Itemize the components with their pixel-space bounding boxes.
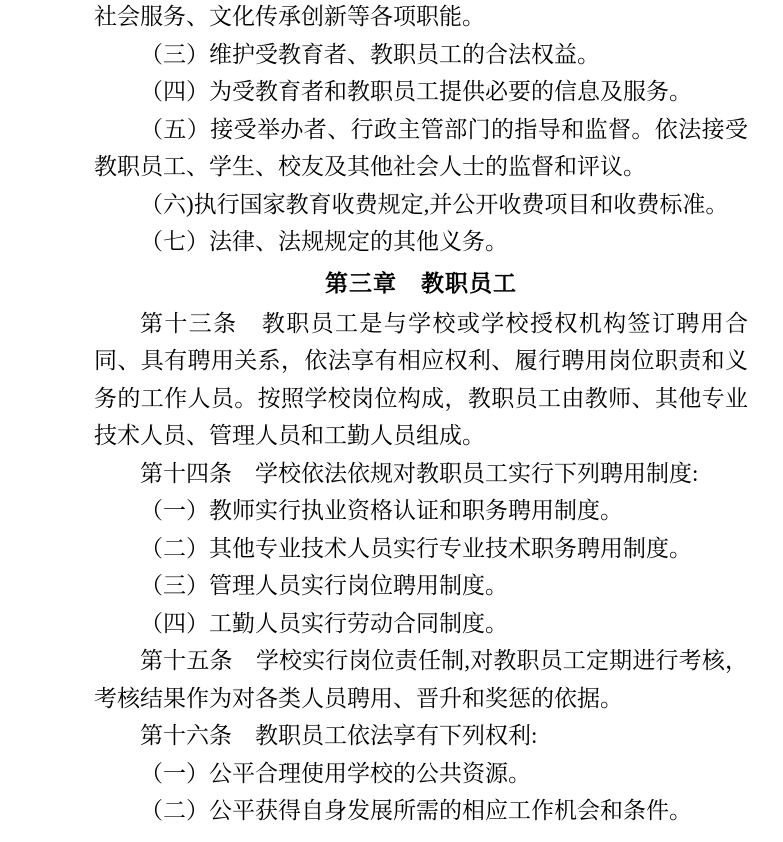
clause-item-4: （四）为受教育者和教职员工提供必要的信息及服务。 [94, 73, 748, 111]
article-14-item-4: （四）工勤人员实行劳动合同制度。 [94, 605, 748, 643]
article-14-item-3: （三）管理人员实行岗位聘用制度。 [94, 567, 748, 605]
document-page: 社会服务、文化传承创新等各项职能。 （三）维护受教育者、教职员工的合法权益。 （… [0, 0, 783, 842]
article-13: 第十三条 教职员工是与学校或学校授权机构签订聘用合同、具有聘用关系，依法享有相应… [94, 305, 748, 455]
clause-item-7: （七）法律、法规规定的其他义务。 [94, 223, 748, 261]
article-14: 第十四条 学校依法依规对教职员工实行下列聘用制度: [94, 455, 748, 493]
chapter-heading: 第三章 教职员工 [94, 261, 748, 305]
article-16-item-1: （一）公平合理使用学校的公共资源。 [94, 755, 748, 793]
paragraph-continuation: 社会服务、文化传承创新等各项职能。 [94, 0, 748, 36]
clause-item-3: （三）维护受教育者、教职员工的合法权益。 [94, 36, 748, 74]
article-16: 第十六条 教职员工依法享有下列权利: [94, 717, 748, 755]
article-14-item-1: （一）教师实行执业资格认证和职务聘用制度。 [94, 492, 748, 530]
article-15: 第十五条 学校实行岗位责任制,对教职员工定期进行考核，考核结果作为对各类人员聘用… [94, 642, 748, 717]
document-body: 社会服务、文化传承创新等各项职能。 （三）维护受教育者、教职员工的合法权益。 （… [94, 0, 748, 830]
clause-item-6: （六)执行国家教育收费规定,并公开收费项目和收费标准。 [94, 186, 748, 224]
article-14-item-2: （二）其他专业技术人员实行专业技术职务聘用制度。 [94, 530, 748, 568]
article-16-item-2: （二）公平获得自身发展所需的相应工作机会和条件。 [94, 792, 748, 830]
clause-item-5: （五）接受举办者、行政主管部门的指导和监督。依法接受教职员工、学生、校友及其他社… [94, 111, 748, 186]
